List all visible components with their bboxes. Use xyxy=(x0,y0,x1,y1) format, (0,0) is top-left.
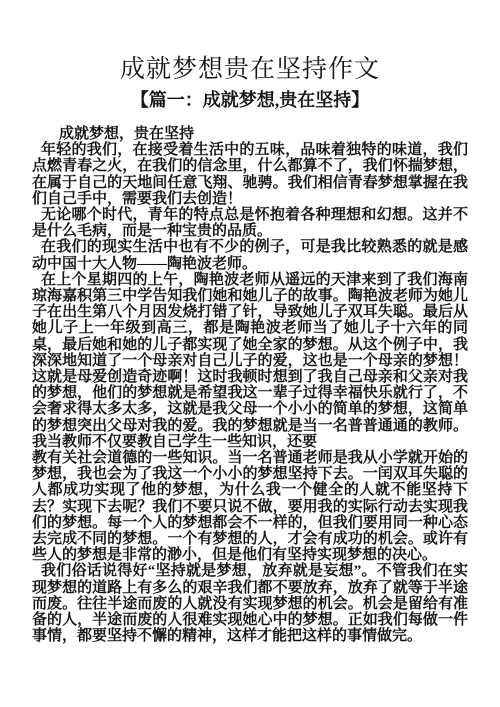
essay-paragraph: 无论哪个时代，青年的特点总是怀抱着各种理想和幻想。这并不是什么毛病，而是一种宝贵… xyxy=(32,207,468,239)
essay-paragraph: 在上个星期四的上午，陶艳波老师从遥远的天津来到了我们海南琼海嘉积第三中学告知我们… xyxy=(32,272,468,450)
essay-title: 成就梦想贵在坚持作文 xyxy=(0,54,500,85)
essay-paragraph: 在我们的现实生活中也有不少的例子，可是我比较熟悉的就是感动中国十大人物——陶艳波… xyxy=(32,239,468,271)
essay-subtitle: 【篇一：成就梦想,贵在坚持】 xyxy=(0,90,500,111)
essay-paragraph: 教有关社会道德的一些知识。当一名普通老师是我从小学就开始的梦想，我也会为了我这一… xyxy=(32,450,468,563)
document-page: 成就梦想贵在坚持作文 【篇一：成就梦想,贵在坚持】 成就梦想，贵在坚持 年轻的我… xyxy=(0,0,500,707)
essay-paragraph: 年轻的我们，在接受着生活中的五味，品味着独特的味道，我们点燃青春之火，在我们的信… xyxy=(32,142,468,207)
essay-body: 成就梦想，贵在坚持 年轻的我们，在接受着生活中的五味，品味着独特的味道，我们点燃… xyxy=(32,126,468,645)
essay-heading-line: 成就梦想，贵在坚持 xyxy=(32,126,468,142)
essay-paragraph: 我们俗话说得好“坚持就是梦想，放弃就是妄想”。不管我们在实现梦想的道路上有多么的… xyxy=(32,563,468,644)
